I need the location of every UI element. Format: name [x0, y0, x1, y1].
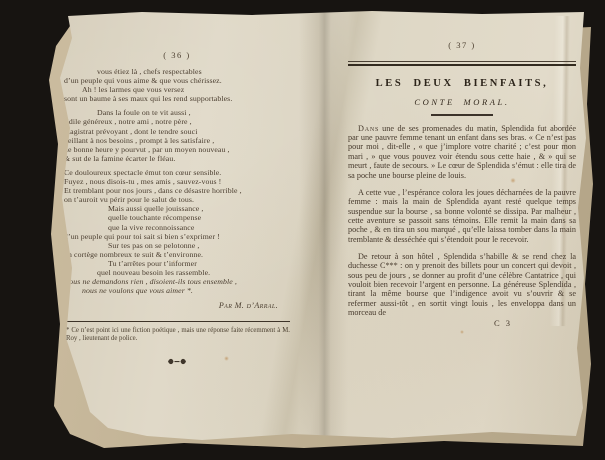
poem-line: Sur tes pas on se pelotonne , [64, 241, 290, 250]
lead-word: Dans [358, 124, 379, 133]
paragraph: De retour à son hôtel , Splendida s’habi… [348, 252, 576, 317]
poem-line: d’un peuple qui pour toi sait si bien s’… [64, 232, 290, 241]
poem: vous étiez là , chefs respectables d’un … [64, 67, 290, 295]
story-title: LES DEUX BIENFAITS, [348, 78, 576, 89]
footnote-divider [64, 321, 290, 322]
title-divider [431, 114, 493, 116]
poem-line: sont un baume à ses maux qui les rend su… [64, 94, 290, 103]
poem-line: quel nouveau besoin les rassemble. [64, 268, 290, 277]
poem-line: magistrat prévoyant , dont le tendre sou… [64, 127, 290, 136]
book-spread: ( 36 ) vous étiez là , chefs respectable… [52, 8, 590, 444]
poem-line: Dans la foule on te vit aussi , [64, 108, 290, 117]
poem-line: Et tremblant pour nos jours , dans ce dé… [64, 186, 290, 195]
paragraph: A cette vue , l’espérance colora les jou… [348, 188, 576, 244]
header-rule-thin [348, 61, 576, 62]
poem-line: un cortège nombreux te suit & t’environn… [64, 250, 290, 259]
poem-line: nous ne voulons que vous aimer *. [64, 286, 290, 295]
page-37: ( 37 ) LES DEUX BIENFAITS, CONTE MORAL. … [348, 40, 576, 328]
story-subtitle: CONTE MORAL. [348, 97, 576, 107]
poem-line: Ah ! les larmes que vous versez [64, 85, 290, 94]
poem-line: & sut de la famine écarter le fléau. [64, 154, 290, 163]
poem-line: de bonne heure y pourvut , par un moyen … [64, 145, 290, 154]
signature-mark: C 3 [348, 318, 576, 328]
poem-line: Tu t’arrêtes pour t’informer [64, 259, 290, 268]
fleuron-icon [64, 353, 290, 371]
poem-line: Edile généreux , notre ami , notre père … [64, 117, 290, 126]
poem-line: que la vive reconnoissance [64, 223, 290, 232]
page-number-left: ( 36 ) [64, 50, 290, 60]
scan-background: ( 36 ) vous étiez là , chefs respectable… [0, 0, 605, 460]
paragraph-text: une de ses promenades du matin, Splendid… [348, 124, 576, 180]
page-36: ( 36 ) vous étiez là , chefs respectable… [64, 50, 290, 371]
poem-line: Fuyez , nous disois-tu , mes amis , sauv… [64, 177, 290, 186]
poem-line: quelle touchante récompense [64, 213, 290, 222]
poem-line: Ce douloureux spectacle émut ton cœur se… [64, 168, 290, 177]
poem-attribution: Par M. d’Arral. [64, 301, 290, 310]
poem-line: veillant à nos besoins , prompt à les sa… [64, 136, 290, 145]
footnote-text: * Ce n’est point ici une fiction poétiqu… [64, 327, 290, 343]
paragraph: Dansune de ses promenades du matin, Sple… [348, 124, 576, 180]
story-body: Dansune de ses promenades du matin, Sple… [348, 124, 576, 318]
poem-line: Nous ne demandons rien , disoient-ils to… [64, 277, 290, 286]
poem-line: on t’auroit vu périr pour le salut de to… [64, 195, 290, 204]
poem-line: Mais aussi quelle jouissance , [64, 204, 290, 213]
page-number-right: ( 37 ) [348, 40, 576, 50]
header-rule-thick [348, 64, 576, 67]
foxing-spot [460, 330, 464, 334]
poem-line: vous étiez là , chefs respectables [64, 67, 290, 76]
gutter-shadow [299, 8, 347, 444]
poem-line: d’un peuple qui vous aime & que vous ché… [64, 76, 290, 85]
